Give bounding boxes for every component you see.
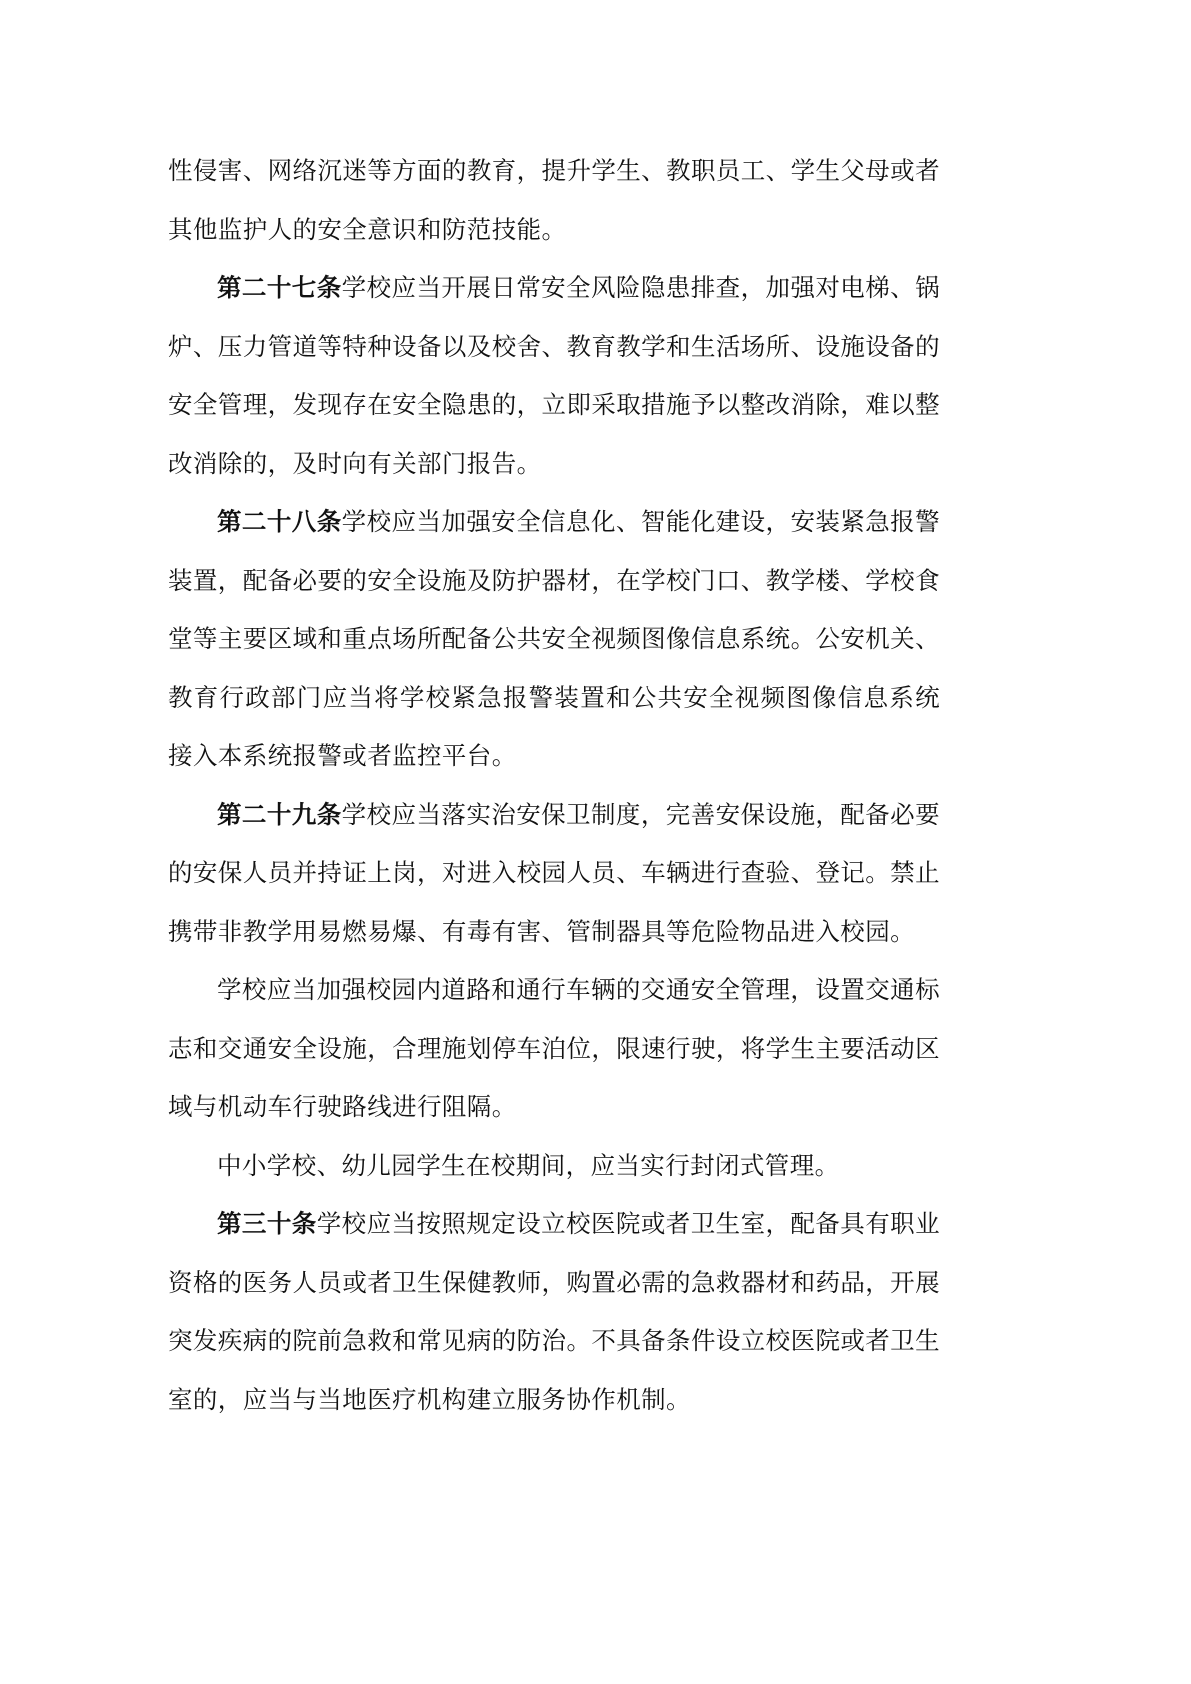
text-line: 第二十七条学校应当开展日常安全风险隐患排查，加强对电梯、锅 bbox=[168, 259, 940, 318]
paragraph-article-29-closed-management: 中小学校、幼儿园学生在校期间，应当实行封闭式管理。 bbox=[168, 1137, 940, 1196]
text-line: 其他监护人的安全意识和防范技能。 bbox=[168, 201, 940, 260]
paragraph-article-29-traffic: 学校应当加强校园内道路和通行车辆的交通安全管理，设置交通标 志和交通安全设施，合… bbox=[168, 961, 940, 1137]
text-line: 携带非教学用易燃易爆、有毒有害、管制器具等危险物品进入校园。 bbox=[168, 903, 940, 962]
text-line: 教育行政部门应当将学校紧急报警装置和公共安全视频图像信息系统 bbox=[168, 669, 940, 728]
text-line: 改消除的，及时向有关部门报告。 bbox=[168, 435, 940, 494]
text-segment: 学校应当开展日常安全风险隐患排查，加强对电梯、锅 bbox=[342, 273, 940, 302]
text-line: 装置，配备必要的安全设施及防护器材，在学校门口、教学楼、学校食 bbox=[168, 552, 940, 611]
paragraph-article-27: 第二十七条学校应当开展日常安全风险隐患排查，加强对电梯、锅 炉、压力管道等特种设… bbox=[168, 259, 940, 493]
paragraph-article-29: 第二十九条学校应当落实治安保卫制度，完善安保设施，配备必要 的安保人员并持证上岗… bbox=[168, 786, 940, 962]
text-line: 域与机动车行驶路线进行阻隔。 bbox=[168, 1078, 940, 1137]
text-line: 接入本系统报警或者监控平台。 bbox=[168, 727, 940, 786]
text-line: 的安保人员并持证上岗，对进入校园人员、车辆进行查验、登记。禁止 bbox=[168, 844, 940, 903]
text-line: 突发疾病的院前急救和常见病的防治。不具备条件设立校医院或者卫生 bbox=[168, 1312, 940, 1371]
document-page: 性侵害、网络沉迷等方面的教育，提升学生、教职员工、学生父母或者 其他监护人的安全… bbox=[168, 142, 940, 1429]
text-line: 炉、压力管道等特种设备以及校舍、教育教学和生活场所、设施设备的 bbox=[168, 318, 940, 377]
text-line: 第二十九条学校应当落实治安保卫制度，完善安保设施，配备必要 bbox=[168, 786, 940, 845]
text-line: 中小学校、幼儿园学生在校期间，应当实行封闭式管理。 bbox=[168, 1137, 940, 1196]
paragraph-article-30: 第三十条学校应当按照规定设立校医院或者卫生室，配备具有职业 资格的医务人员或者卫… bbox=[168, 1195, 940, 1429]
text-line: 学校应当加强校园内道路和通行车辆的交通安全管理，设置交通标 bbox=[168, 961, 940, 1020]
text-line: 资格的医务人员或者卫生保健教师，购置必需的急救器材和药品，开展 bbox=[168, 1254, 940, 1313]
article-number: 第二十九条 bbox=[217, 800, 342, 829]
text-line: 性侵害、网络沉迷等方面的教育，提升学生、教职员工、学生父母或者 bbox=[168, 142, 940, 201]
article-number: 第二十八条 bbox=[217, 507, 342, 536]
article-number: 第二十七条 bbox=[217, 273, 342, 302]
paragraph-article-28: 第二十八条学校应当加强安全信息化、智能化建设，安装紧急报警 装置，配备必要的安全… bbox=[168, 493, 940, 786]
paragraph-article-26-continuation: 性侵害、网络沉迷等方面的教育，提升学生、教职员工、学生父母或者 其他监护人的安全… bbox=[168, 142, 940, 259]
text-line: 室的，应当与当地医疗机构建立服务协作机制。 bbox=[168, 1371, 940, 1430]
text-line: 第三十条学校应当按照规定设立校医院或者卫生室，配备具有职业 bbox=[168, 1195, 940, 1254]
text-line: 安全管理，发现存在安全隐患的，立即采取措施予以整改消除，难以整 bbox=[168, 376, 940, 435]
text-segment: 学校应当落实治安保卫制度，完善安保设施，配备必要 bbox=[342, 800, 940, 829]
text-line: 堂等主要区域和重点场所配备公共安全视频图像信息系统。公安机关、 bbox=[168, 610, 940, 669]
text-segment: 学校应当加强安全信息化、智能化建设，安装紧急报警 bbox=[342, 507, 940, 536]
article-number: 第三十条 bbox=[217, 1209, 317, 1238]
text-segment: 学校应当按照规定设立校医院或者卫生室，配备具有职业 bbox=[317, 1209, 940, 1238]
text-line: 第二十八条学校应当加强安全信息化、智能化建设，安装紧急报警 bbox=[168, 493, 940, 552]
text-line: 志和交通安全设施，合理施划停车泊位，限速行驶，将学生主要活动区 bbox=[168, 1020, 940, 1079]
